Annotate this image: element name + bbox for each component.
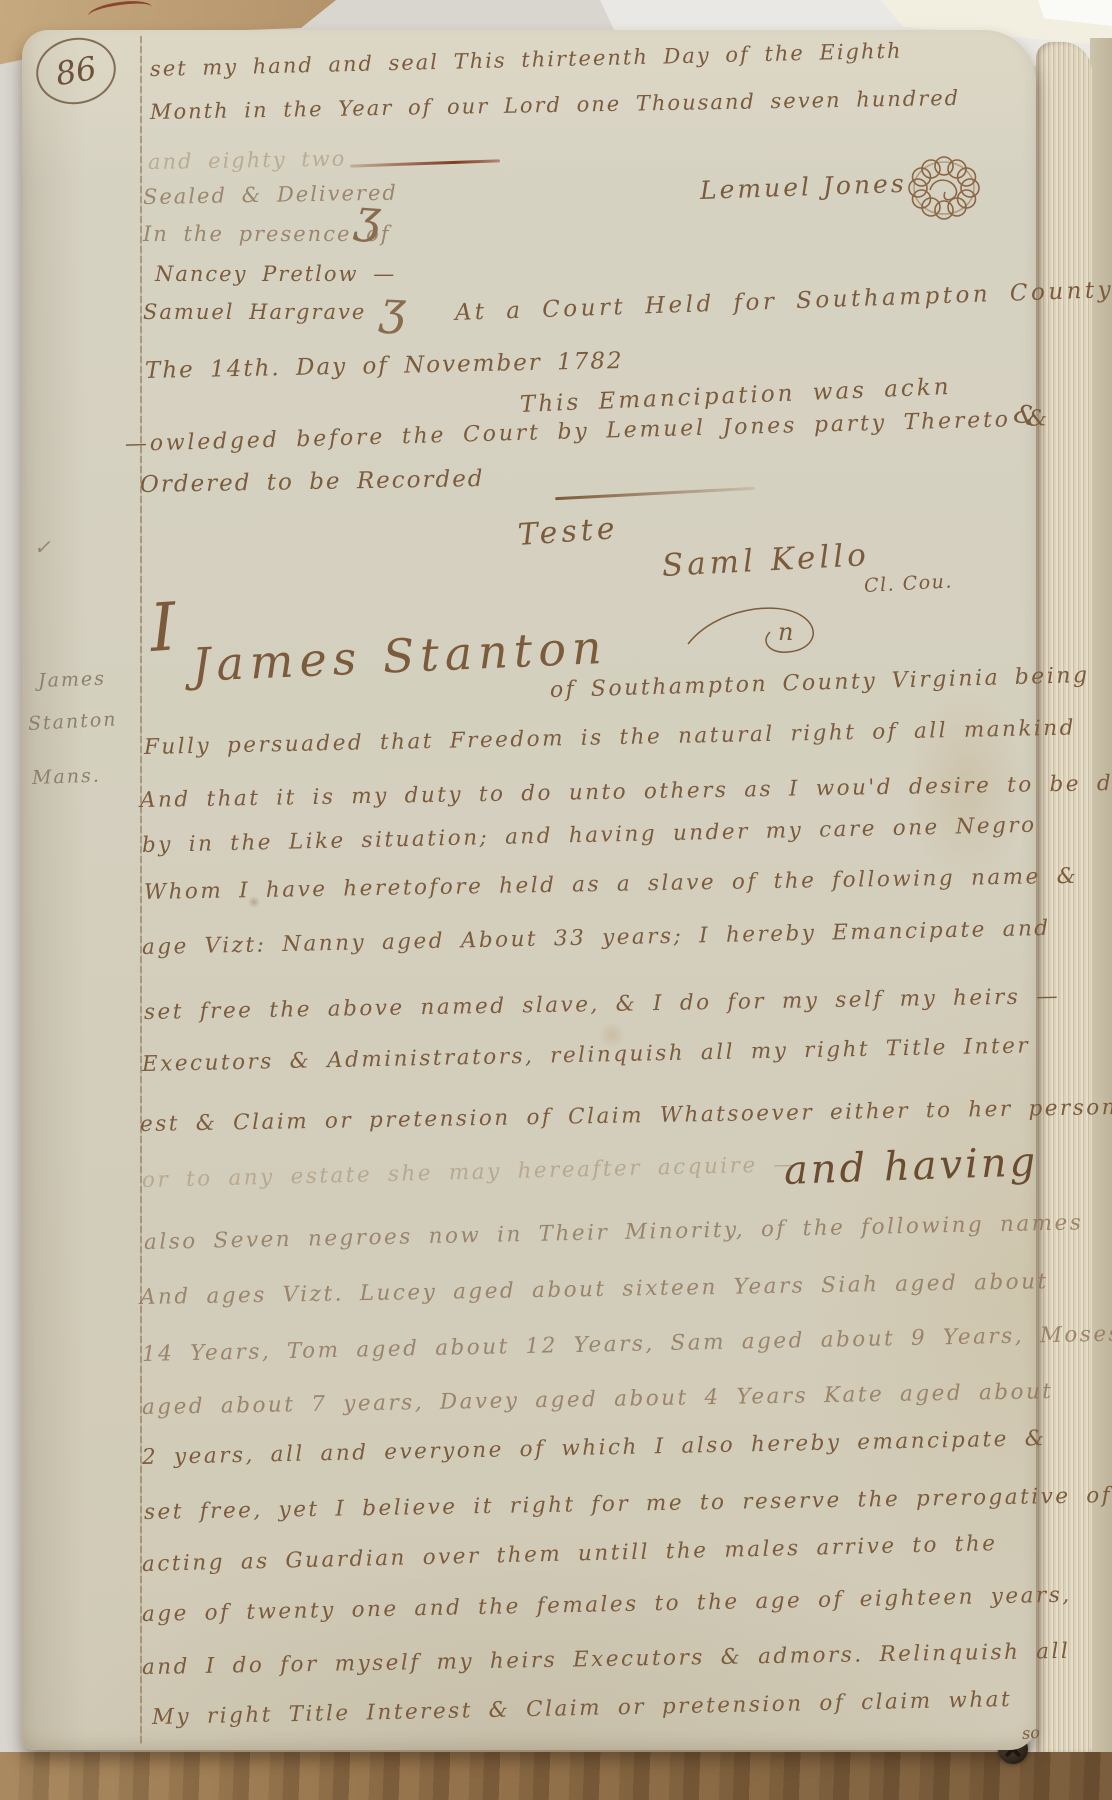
deed-body-line: age Vizt: Nanny aged About 33 years; I h…	[142, 916, 1051, 960]
deed-body-line: set free, yet I believe it right for me …	[144, 1483, 1112, 1525]
teste-label: Teste	[517, 511, 620, 553]
deed-line-1-rest: of Southampton County Virginia being	[550, 663, 1090, 703]
margin-note-1: James	[38, 668, 107, 692]
deed-body-line: My right Title Interest & Claim or prete…	[152, 1687, 1013, 1730]
ink-stroke	[350, 159, 500, 167]
deed-body-line: also Seven negroes now in Their Minority…	[144, 1210, 1084, 1255]
deed-body-line: set free the above named slave, & I do f…	[144, 984, 1061, 1025]
deed-opening-initial: I	[147, 588, 178, 667]
deed-body-line: and I do for myself my heirs Executors &…	[142, 1639, 1071, 1680]
closing-line-1: set my hand and seal This thirteenth Day…	[150, 39, 903, 81]
paraph-letter: n	[778, 618, 793, 646]
deed-body-line: est & Claim or pretension of Claim Whats…	[140, 1095, 1112, 1137]
deed-body-line: And that it is my duty to do unto others…	[140, 770, 1112, 813]
deed-body-line: by in the Like situation; and having und…	[142, 813, 1037, 858]
deed-body-line: Executors & Administrators, relinquish a…	[142, 1033, 1031, 1077]
deed-body-line: acting as Guardian over them untill the …	[142, 1531, 998, 1577]
clerk-paraph-flourish: n	[682, 598, 872, 660]
ruled-margin-line	[140, 36, 142, 1744]
clerk-signature: Saml Kello	[661, 537, 871, 584]
ink-stroke-2	[555, 487, 755, 500]
margin-checkmark: ✓	[34, 535, 51, 559]
clerk-title: Cl. Cou.	[863, 570, 953, 597]
deed-body-line: age of twenty one and the females to the…	[142, 1583, 1072, 1627]
deed-opening-name: James Stanton	[191, 620, 609, 692]
manuscript-page: 86 set my hand and seal This thirteenth …	[22, 30, 1036, 1750]
margin-note-2: Stanton	[27, 708, 118, 735]
closing-line-2: Month in the Year of our Lord one Thousa…	[150, 86, 961, 124]
witness-brace-icon-2: ʒ	[379, 280, 408, 335]
deed-body-line: 14 Years, Tom aged about 12 Years, Sam a…	[142, 1321, 1112, 1367]
witness-2: Samuel Hargrave	[143, 300, 366, 324]
closing-line-3: and eighty two	[148, 147, 347, 174]
court-line-5: Ordered to be Recorded	[140, 466, 485, 498]
jones-signature: Lemuel Jones	[699, 169, 907, 205]
catchword: so	[1021, 1723, 1040, 1743]
deed-body-line: aged about 7 years, Davey aged about 4 Y…	[142, 1379, 1054, 1420]
deed-body-line: or to any estate she may hereafter acqui…	[142, 1152, 798, 1193]
page-number: 86	[31, 32, 121, 111]
court-line-2: The 14th. Day of November 1782	[145, 348, 624, 384]
witness-1: Nancey Pretlow —	[155, 262, 396, 286]
manuscript-photo: 86 set my hand and seal This thirteenth …	[0, 0, 1112, 1800]
seal-scribble-icon	[898, 148, 990, 228]
deed-body-line: Whom I have heretofore held as a slave o…	[144, 864, 1079, 905]
deed-body-line: And ages Vizt. Lucey aged about sixteen …	[140, 1269, 1049, 1310]
deed-body-line: Fully persuaded that Freedom is the natu…	[144, 715, 1076, 760]
wooden-table	[0, 1752, 1112, 1800]
attestation-line-2: In the presence of	[143, 222, 390, 246]
deed-emphasis: and having	[783, 1139, 1039, 1194]
court-line-1: At a Court Held for Southampton County	[455, 277, 1112, 326]
deed-body-line: 2 years, all and everyone of which I als…	[142, 1426, 1047, 1470]
margin-note-3: Mans.	[32, 765, 102, 789]
